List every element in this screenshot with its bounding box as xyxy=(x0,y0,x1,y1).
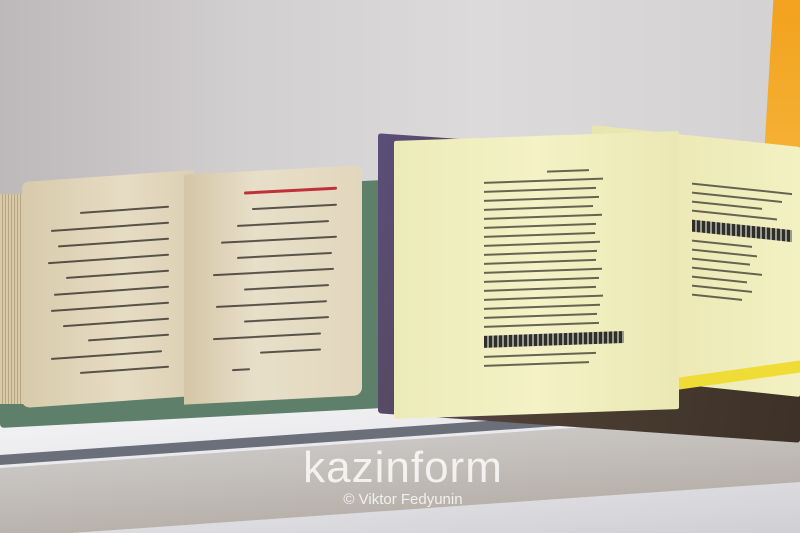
manuscript-right-page xyxy=(184,165,362,404)
photo-credit: © Viktor Fedyunin xyxy=(268,491,538,509)
watermark: kazinform © Viktor Fedyunin xyxy=(268,445,538,509)
printed-book xyxy=(378,130,800,430)
photo-scene: kazinform © Viktor Fedyunin xyxy=(0,0,800,533)
watermark-brand: kazinform xyxy=(268,445,538,491)
printed-left-page xyxy=(394,131,679,419)
red-rubric-heading xyxy=(244,187,336,195)
manuscript-left-page xyxy=(22,170,194,408)
manuscript-book xyxy=(0,170,385,430)
